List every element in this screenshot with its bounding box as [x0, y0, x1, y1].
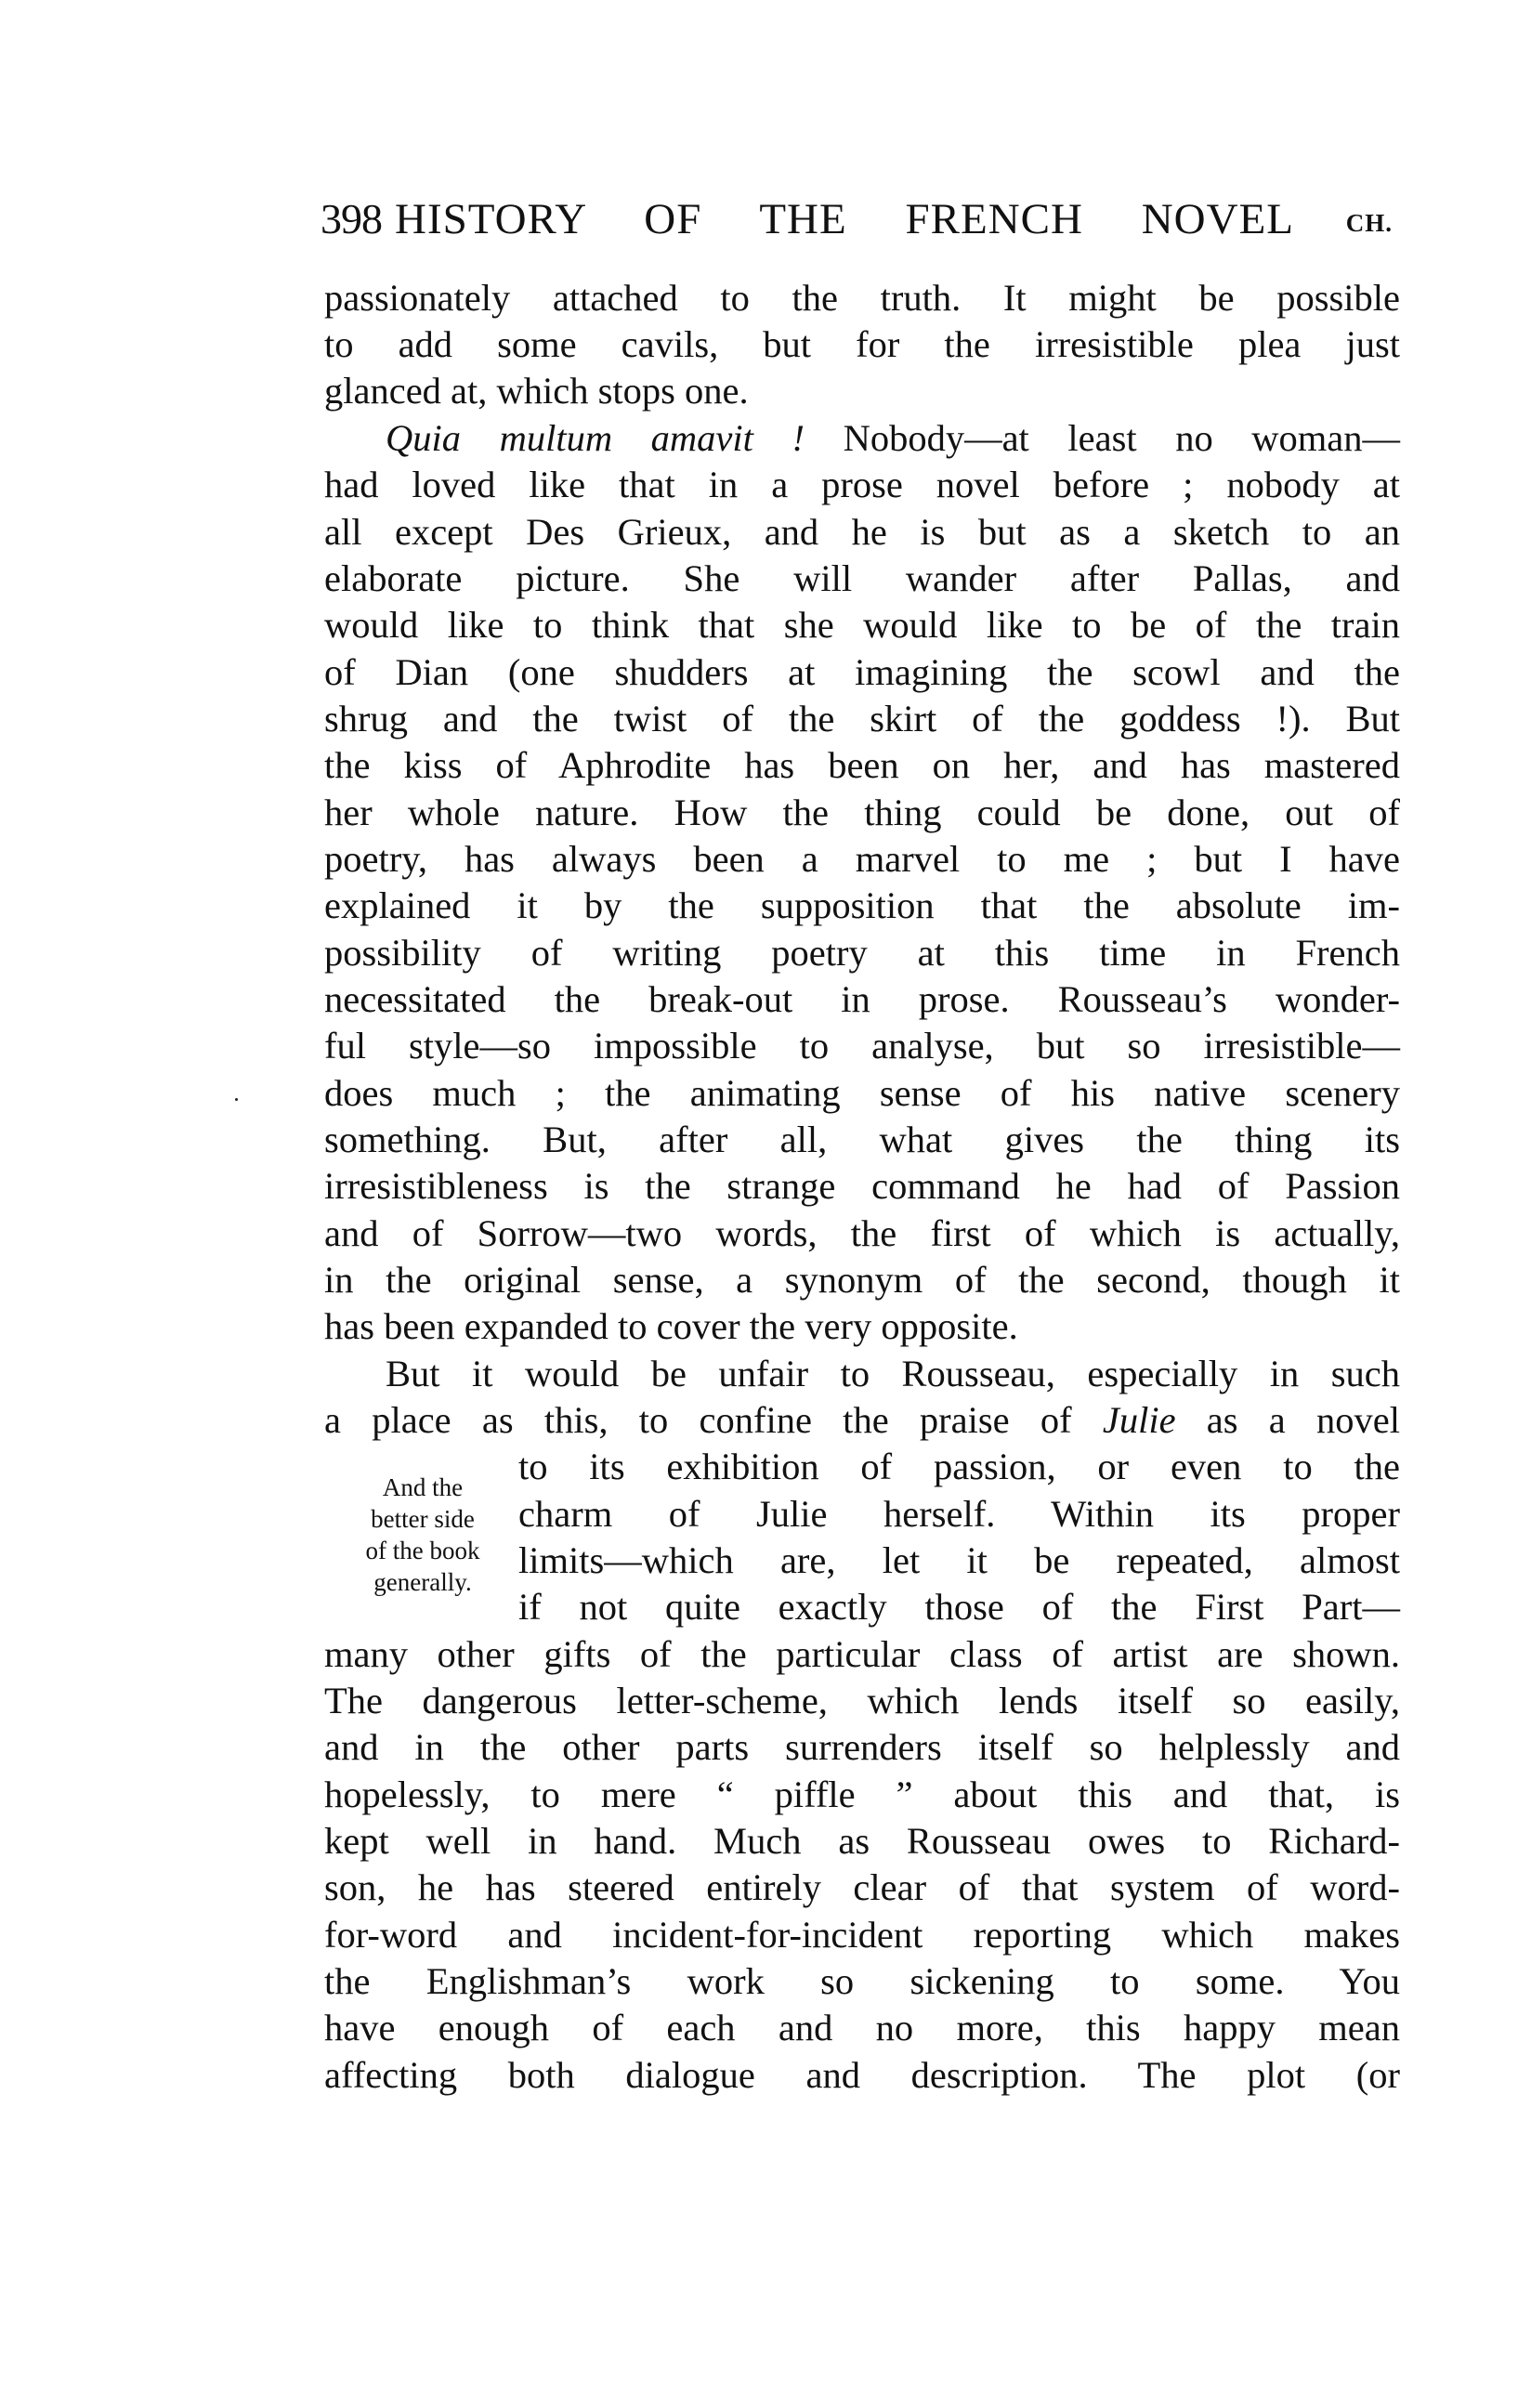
text-line: to its exhibition of passion, or even to… [518, 1444, 1400, 1490]
text-line: limits—which are, let it be repeated, al… [518, 1538, 1400, 1584]
text-line: affecting both dialogue and description.… [324, 2052, 1400, 2099]
text-line: irresistibleness is the strange command … [324, 1163, 1400, 1210]
text-line: if not quite exactly those of the First … [518, 1584, 1400, 1630]
text-line: kept well in hand. Much as Rousseau owes… [324, 1818, 1400, 1865]
text-line: son, he has steered entirely clear of th… [324, 1865, 1400, 1911]
text-line: necessitated the break-out in prose. Rou… [324, 976, 1400, 1023]
text-line: the kiss of Aphrodite has been on her, a… [324, 742, 1400, 789]
text-line: have enough of each and no more, this ha… [324, 2005, 1400, 2051]
text-line: a place as this, to confine the praise o… [324, 1397, 1400, 1444]
text-line: poetry, has always been a marvel to me ;… [324, 836, 1400, 883]
paragraph-start-line: Quia multum amavit ! Nobody—at least no … [386, 415, 1400, 462]
text-line: something. But, after all, what gives th… [324, 1117, 1400, 1163]
text-line: explained it by the supposition that the… [324, 883, 1400, 929]
text-line: and in the other parts surrenders itself… [324, 1724, 1400, 1771]
body-text: passionately attached to the truth. It m… [0, 0, 1531, 2408]
text-line: shrug and the twist of the skirt of the … [324, 696, 1400, 742]
latin-quote: Quia multum amavit ! [386, 417, 805, 459]
text-line: ful style—so impossible to analyse, but … [324, 1023, 1400, 1069]
text-line: many other gifts of the particular class… [324, 1631, 1400, 1678]
book-title-julie: Julie [1103, 1399, 1176, 1441]
text-line: charm of Julie herself. Within its prope… [518, 1491, 1400, 1538]
text-line: and of Sorrow—two words, the first of wh… [324, 1211, 1400, 1257]
text-line: her whole nature. How the thing could be… [324, 790, 1400, 836]
text-line: passionately attached to the truth. It m… [324, 275, 1400, 321]
text-line: hopelessly, to mere “ piffle ” about thi… [324, 1772, 1400, 1818]
text-line: of Dian (one shudders at imagining the s… [324, 649, 1400, 696]
book-page: 398 HISTORY OF THE FRENCH NOVEL CH. And … [0, 0, 1531, 2408]
text-line: elaborate picture. She will wander after… [324, 556, 1400, 602]
text-line: would like to think that she would like … [324, 602, 1400, 648]
text-line: all except Des Grieux, and he is but as … [324, 509, 1400, 556]
text-line: has been expanded to cover the very oppo… [324, 1303, 1400, 1350]
text-line: had loved like that in a prose novel bef… [324, 462, 1400, 508]
text-line: possibility of writing poetry at this ti… [324, 930, 1400, 976]
text-line: to add some cavils, but for the irresist… [324, 321, 1400, 368]
text-line: does much ; the animating sense of his n… [324, 1070, 1400, 1117]
text-line: for-word and incident-for-incident repor… [324, 1912, 1400, 1958]
text-line: the Englishman’s work so sickening to so… [324, 1958, 1400, 2005]
text-line: glanced at, which stops one. [324, 368, 1400, 414]
paragraph-start-line: But it would be unfair to Rousseau, espe… [386, 1351, 1400, 1397]
text-line: in the original sense, a synonym of the … [324, 1257, 1400, 1303]
text-line: The dangerous letter-scheme, which lends… [324, 1678, 1400, 1724]
